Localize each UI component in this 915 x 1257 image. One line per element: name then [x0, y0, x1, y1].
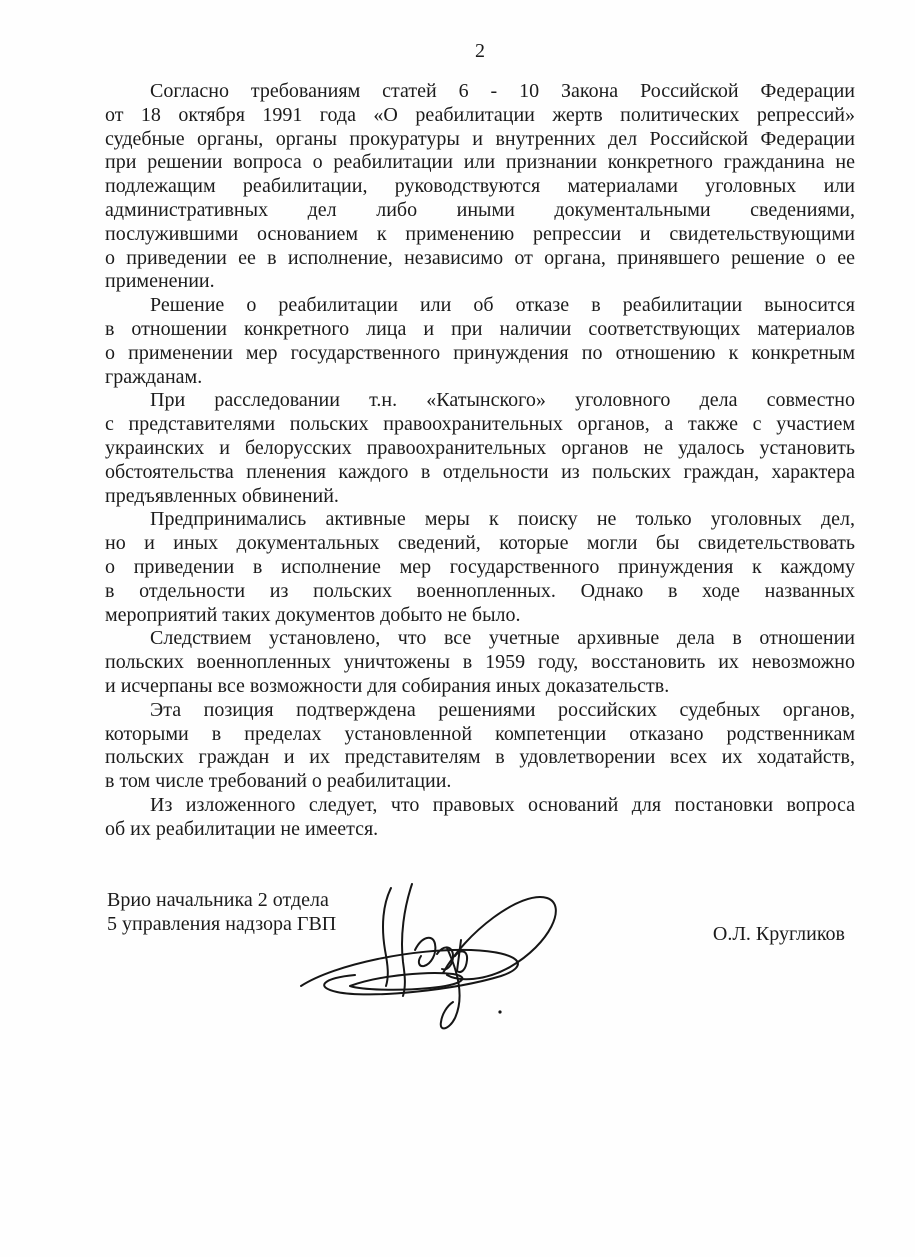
text-line: гражданам.: [105, 366, 855, 390]
text-line: применении.: [105, 270, 855, 294]
paragraph: Следствием установлено, что все учетные …: [105, 627, 855, 698]
text-line: предъявленных обвинений.: [105, 485, 855, 509]
text-line: об их реабилитации не имеется.: [105, 818, 855, 842]
text-line: но и иных документальных сведений, котор…: [105, 532, 855, 556]
text-line: украинских и белорусских правоохранитель…: [105, 437, 855, 461]
handwritten-signature-icon: [295, 878, 565, 1038]
text-line: польских граждан и их представителям в у…: [105, 746, 855, 770]
scanned-document-page: 2 Согласно требованиям статей 6 - 10 Зак…: [0, 0, 915, 1257]
text-line: от 18 октября 1991 года «О реабилитации …: [105, 104, 855, 128]
text-line: послужившими основанием к применению реп…: [105, 223, 855, 247]
text-line: Эта позиция подтверждена решениями росси…: [105, 699, 855, 723]
text-line: обстоятельства пленения каждого в отдель…: [105, 461, 855, 485]
paragraph: Решение о реабилитации или об отказе в р…: [105, 294, 855, 389]
text-line: в отношении конкретного лица и при налич…: [105, 318, 855, 342]
page-number: 2: [105, 40, 855, 63]
document-body: Согласно требованиям статей 6 - 10 Закон…: [105, 80, 855, 842]
text-line: о приведении в исполнение мер государств…: [105, 556, 855, 580]
text-line: Согласно требованиям статей 6 - 10 Закон…: [105, 80, 855, 104]
text-line: в отдельности из польских военнопленных.…: [105, 580, 855, 604]
paragraph: Предпринимались активные меры к поиску н…: [105, 508, 855, 627]
text-line: которыми в пределах установленной компет…: [105, 723, 855, 747]
text-line: При расследовании т.н. «Катынского» угол…: [105, 389, 855, 413]
text-line: о применении мер государственного принуж…: [105, 342, 855, 366]
text-line: Следствием установлено, что все учетные …: [105, 627, 855, 651]
text-line: в том числе требований о реабилитации.: [105, 770, 855, 794]
text-line: Предпринимались активные меры к поиску н…: [105, 508, 855, 532]
text-line: судебные органы, органы прокуратуры и вн…: [105, 128, 855, 152]
text-line: при решении вопроса о реабилитации или п…: [105, 151, 855, 175]
signatory-name: О.Л. Кругликов: [713, 923, 845, 946]
text-line: и исчерпаны все возможности для собирани…: [105, 675, 855, 699]
text-line: о приведении ее в исполнение, независимо…: [105, 247, 855, 271]
text-line: мероприятий таких документов добыто не б…: [105, 604, 855, 628]
paragraph: Эта позиция подтверждена решениями росси…: [105, 699, 855, 794]
text-line: Решение о реабилитации или об отказе в р…: [105, 294, 855, 318]
paragraph: Из изложенного следует, что правовых осн…: [105, 794, 855, 842]
text-line: подлежащим реабилитации, руководствуются…: [105, 175, 855, 199]
text-line: польских военнопленных уничтожены в 1959…: [105, 651, 855, 675]
text-line: Из изложенного следует, что правовых осн…: [105, 794, 855, 818]
text-line: административных дел либо иными документ…: [105, 199, 855, 223]
paragraph: При расследовании т.н. «Катынского» угол…: [105, 389, 855, 508]
paragraph: Согласно требованиям статей 6 - 10 Закон…: [105, 80, 855, 294]
text-line: с представителями польских правоохраните…: [105, 413, 855, 437]
